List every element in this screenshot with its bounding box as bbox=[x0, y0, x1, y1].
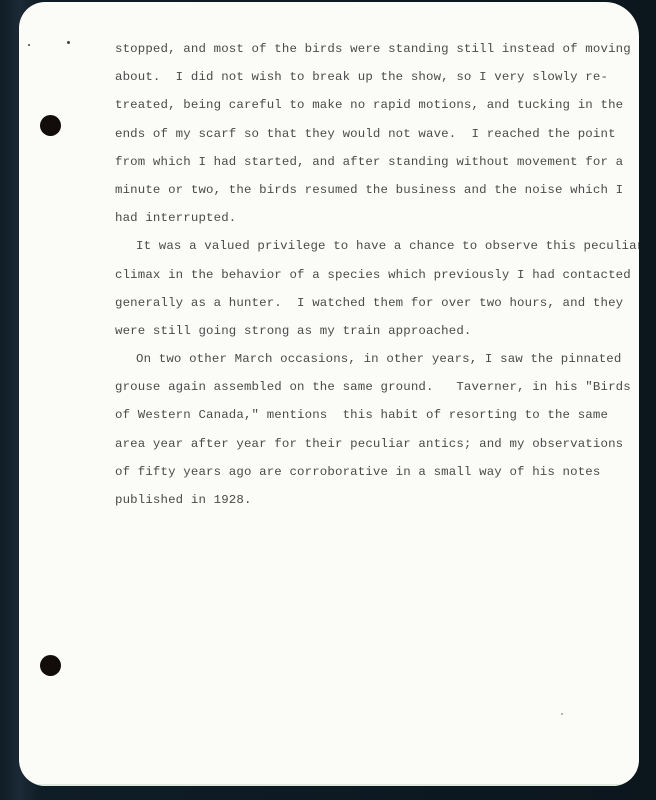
text-line: minute or two, the birds resumed the bus… bbox=[115, 176, 635, 204]
typewritten-page: stopped, and most of the birds were stan… bbox=[19, 2, 639, 786]
text-line: area year after year for their peculiar … bbox=[115, 430, 635, 458]
paper-speck bbox=[67, 41, 70, 44]
text-line: stopped, and most of the birds were stan… bbox=[115, 35, 635, 63]
text-line: On two other March occasions, in other y… bbox=[115, 345, 635, 373]
text-line: of Western Canada," mentions this habit … bbox=[115, 401, 635, 429]
text-line: published in 1928. bbox=[115, 486, 635, 514]
text-line: It was a valued privilege to have a chan… bbox=[115, 232, 635, 260]
text-line: generally as a hunter. I watched them fo… bbox=[115, 289, 635, 317]
document-body: stopped, and most of the birds were stan… bbox=[115, 35, 635, 514]
paper-speck bbox=[28, 44, 30, 46]
paragraph-1: stopped, and most of the birds were stan… bbox=[115, 35, 635, 232]
text-line: climax in the behavior of a species whic… bbox=[115, 261, 635, 289]
text-line: had interrupted. bbox=[115, 204, 635, 232]
paper-speck bbox=[561, 713, 563, 715]
text-line: ends of my scarf so that they would not … bbox=[115, 120, 635, 148]
text-line: treated, being careful to make no rapid … bbox=[115, 91, 635, 119]
text-line: from which I had started, and after stan… bbox=[115, 148, 635, 176]
punch-hole-bottom bbox=[40, 655, 61, 676]
paragraph-3: On two other March occasions, in other y… bbox=[115, 345, 635, 514]
punch-hole-top bbox=[40, 115, 61, 136]
text-line: of fifty years ago are corroborative in … bbox=[115, 458, 635, 486]
text-line: about. I did not wish to break up the sh… bbox=[115, 63, 635, 91]
paragraph-2: It was a valued privilege to have a chan… bbox=[115, 232, 635, 345]
text-line: were still going strong as my train appr… bbox=[115, 317, 635, 345]
text-line: grouse again assembled on the same groun… bbox=[115, 373, 635, 401]
